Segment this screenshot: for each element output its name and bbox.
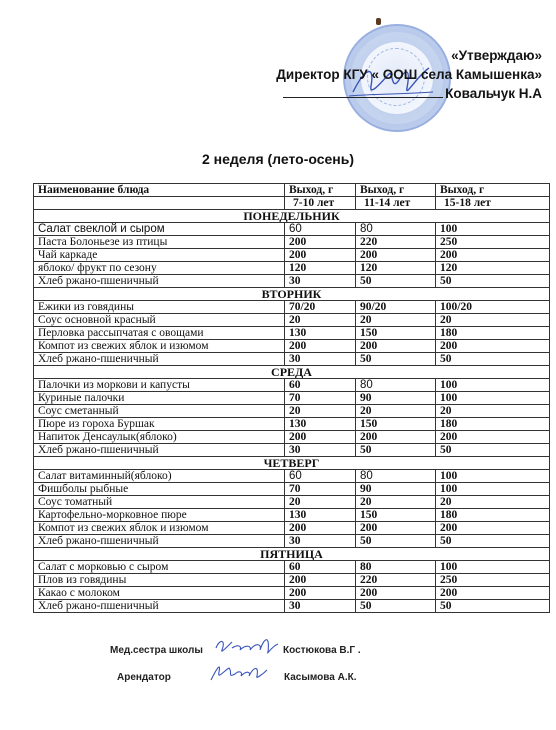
yield-value: 50 — [436, 275, 550, 288]
yield-value: 60 — [285, 379, 356, 392]
yield-value: 130 — [285, 327, 356, 340]
yield-value: 200 — [356, 522, 436, 535]
yield-value: 70 — [285, 483, 356, 496]
day-header-row: ПЯТНИЦА — [34, 548, 550, 561]
yield-value: 130 — [285, 509, 356, 522]
yield-value: 50 — [356, 535, 436, 548]
yield-value: 180 — [436, 327, 550, 340]
yield-value: 100/20 — [436, 301, 550, 314]
yield-value: 150 — [356, 327, 436, 340]
dish-name: Напиток Денсаулык(яблоко) — [34, 431, 285, 444]
yield-value: 100 — [436, 561, 550, 574]
yield-value: 150 — [356, 509, 436, 522]
day-name: ЧЕТВЕРГ — [34, 457, 550, 470]
yield-value: 100 — [436, 379, 550, 392]
yield-value: 200 — [356, 340, 436, 353]
yield-value: 20 — [356, 314, 436, 327]
yield-value: 200 — [356, 431, 436, 444]
table-row: Перловка рассыпчатая с овощами130150180 — [34, 327, 550, 340]
table-row: яблоко/ фрукт по сезону120120120 — [34, 262, 550, 275]
yield-value: 50 — [356, 275, 436, 288]
table-row: Ежики из говядины70/2090/20100/20 — [34, 301, 550, 314]
dish-name: Хлеб ржано-пшеничный — [34, 275, 285, 288]
column-header-yield-1: Выход, г — [285, 184, 356, 197]
nurse-label: Мед.сестра школы — [110, 645, 203, 656]
yield-value: 20 — [436, 405, 550, 418]
yield-value: 120 — [285, 262, 356, 275]
yield-value: 200 — [436, 340, 550, 353]
yield-value: 200 — [285, 587, 356, 600]
dish-name: Чай каркаде — [34, 249, 285, 262]
dish-name: Картофельно-морковное пюре — [34, 509, 285, 522]
yield-value: 200 — [356, 587, 436, 600]
table-row: Палочки из моркови и капусты6080100 — [34, 379, 550, 392]
table-row: Соус томатный202020 — [34, 496, 550, 509]
day-name: СРЕДА — [34, 366, 550, 379]
yield-value: 200 — [285, 236, 356, 249]
dish-name: яблоко/ фрукт по сезону — [34, 262, 285, 275]
yield-value: 90/20 — [356, 301, 436, 314]
dish-name: Какао с молоком — [34, 587, 285, 600]
yield-value: 120 — [356, 262, 436, 275]
yield-value: 130 — [285, 418, 356, 431]
yield-value: 50 — [356, 444, 436, 457]
yield-value: 200 — [436, 522, 550, 535]
table-row: Хлеб ржано-пшеничный305050 — [34, 275, 550, 288]
yield-value: 20 — [356, 496, 436, 509]
dish-name: Паста Болоньезе из птицы — [34, 236, 285, 249]
yield-value: 50 — [436, 353, 550, 366]
yield-value: 100 — [436, 470, 550, 483]
yield-value: 50 — [356, 600, 436, 613]
yield-value: 70 — [285, 392, 356, 405]
yield-value: 60 — [285, 223, 356, 236]
table-row: Напиток Денсаулык(яблоко)200200200 — [34, 431, 550, 444]
yield-value: 120 — [436, 262, 550, 275]
yield-value: 80 — [356, 223, 436, 236]
nurse-name: Костюкова В.Г . — [283, 645, 361, 656]
table-row: Чай каркаде200200200 — [34, 249, 550, 262]
yield-value: 200 — [436, 249, 550, 262]
yield-value: 90 — [356, 483, 436, 496]
table-row: Салат с морковью с сыром6080100 — [34, 561, 550, 574]
dish-name: Салат с морковью с сыром — [34, 561, 285, 574]
approve-label: «Утверждаю» — [276, 46, 542, 65]
dish-name: Перловка рассыпчатая с овощами — [34, 327, 285, 340]
yield-value: 50 — [356, 353, 436, 366]
yield-value: 200 — [436, 431, 550, 444]
yield-value: 20 — [436, 496, 550, 509]
yield-value: 20 — [436, 314, 550, 327]
yield-value: 80 — [356, 561, 436, 574]
yield-value: 200 — [285, 574, 356, 587]
tenant-label: Арендатор — [117, 672, 171, 683]
header-row: Наименование блюда Выход, г Выход, г Вых… — [34, 184, 550, 197]
yield-value: 60 — [285, 561, 356, 574]
day-name: ПОНЕДЕЛЬНИК — [34, 210, 550, 223]
director-position: Директор КГУ « ООШ села Камышенка» — [276, 65, 542, 84]
column-header-yield-2: Выход, г — [356, 184, 436, 197]
nurse-signature — [212, 632, 282, 658]
dish-name: Салат свеклой и сыром — [34, 223, 285, 236]
yield-value: 90 — [356, 392, 436, 405]
yield-value: 30 — [285, 275, 356, 288]
column-header-dish: Наименование блюда — [34, 184, 285, 197]
yield-value: 20 — [285, 314, 356, 327]
dish-name: Плов из говядины — [34, 574, 285, 587]
yield-value: 200 — [285, 431, 356, 444]
yield-value: 20 — [356, 405, 436, 418]
age-group-row: 7-10 лет 11-14 лет 15-18 лет — [34, 197, 550, 210]
table-row: Хлеб ржано-пшеничный305050 — [34, 444, 550, 457]
yield-value: 20 — [285, 496, 356, 509]
yield-value: 200 — [356, 249, 436, 262]
dish-name: Куриные палочки — [34, 392, 285, 405]
day-name: ПЯТНИЦА — [34, 548, 550, 561]
table-row: Пюре из гороха Буршак130150180 — [34, 418, 550, 431]
dish-name: Ежики из говядины — [34, 301, 285, 314]
tenant-name: Касымова А.К. — [284, 672, 357, 683]
approval-block: «Утверждаю» Директор КГУ « ООШ села Камы… — [276, 46, 542, 103]
dish-name: Пюре из гороха Буршак — [34, 418, 285, 431]
yield-value: 30 — [285, 353, 356, 366]
dish-name: Соус томатный — [34, 496, 285, 509]
column-header-yield-3: Выход, г — [436, 184, 550, 197]
dish-name: Палочки из моркови и капусты — [34, 379, 285, 392]
director-name: Ковальчук Н.А — [445, 86, 542, 101]
yield-value: 150 — [356, 418, 436, 431]
yield-value: 80 — [356, 470, 436, 483]
table-row: Паста Болоньезе из птицы200220250 — [34, 236, 550, 249]
yield-value: 250 — [436, 236, 550, 249]
dish-name: Компот из свежих яблок и изюмом — [34, 522, 285, 535]
yield-value: 30 — [285, 444, 356, 457]
dish-name: Хлеб ржано-пшеничный — [34, 353, 285, 366]
yield-value: 200 — [436, 587, 550, 600]
yield-value: 60 — [285, 470, 356, 483]
day-name: ВТОРНИК — [34, 288, 550, 301]
table-row: Какао с молоком200200200 — [34, 587, 550, 600]
tenant-signature — [207, 658, 271, 684]
yield-value: 100 — [436, 392, 550, 405]
dish-name: Хлеб ржано-пшеничный — [34, 444, 285, 457]
yield-value: 220 — [356, 574, 436, 587]
dish-name: Хлеб ржано-пшеничный — [34, 600, 285, 613]
dish-name: Хлеб ржано-пшеничный — [34, 535, 285, 548]
yield-value: 180 — [436, 418, 550, 431]
yield-value: 200 — [285, 340, 356, 353]
table-row: Фишболы рыбные7090100 — [34, 483, 550, 496]
table-row: Соус основной красный202020 — [34, 314, 550, 327]
table-row: Хлеб ржано-пшеничный305050 — [34, 353, 550, 366]
yield-value: 20 — [285, 405, 356, 418]
yield-value: 50 — [436, 600, 550, 613]
yield-value: 250 — [436, 574, 550, 587]
day-header-row: ВТОРНИК — [34, 288, 550, 301]
table-row: Хлеб ржано-пшеничный305050 — [34, 535, 550, 548]
age-group-3: 15-18 лет — [436, 197, 550, 210]
yield-value: 70/20 — [285, 301, 356, 314]
yield-value: 180 — [436, 509, 550, 522]
day-header-row: СРЕДА — [34, 366, 550, 379]
table-row: Плов из говядины200220250 — [34, 574, 550, 587]
yield-value: 30 — [285, 600, 356, 613]
yield-value: 50 — [436, 444, 550, 457]
table-row: Хлеб ржано-пшеничный305050 — [34, 600, 550, 613]
table-row: Салат витаминный(яблоко)6080100 — [34, 470, 550, 483]
day-header-row: ЧЕТВЕРГ — [34, 457, 550, 470]
table-row: Куриные палочки7090100 — [34, 392, 550, 405]
dish-name: Фишболы рыбные — [34, 483, 285, 496]
dish-name: Компот из свежих яблок и изюмом — [34, 340, 285, 353]
yield-value: 80 — [356, 379, 436, 392]
table-row: Соус сметанный202020 — [34, 405, 550, 418]
yield-value: 220 — [356, 236, 436, 249]
day-header-row: ПОНЕДЕЛЬНИК — [34, 210, 550, 223]
yield-value: 50 — [436, 535, 550, 548]
staple-mark — [376, 18, 381, 25]
table-row: Компот из свежих яблок и изюмом200200200 — [34, 522, 550, 535]
dish-name: Соус сметанный — [34, 405, 285, 418]
dish-name: Соус основной красный — [34, 314, 285, 327]
menu-table: Наименование блюда Выход, г Выход, г Вых… — [33, 183, 550, 613]
yield-value: 100 — [436, 483, 550, 496]
table-row: Салат свеклой и сыром6080100 — [34, 223, 550, 236]
yield-value: 100 — [436, 223, 550, 236]
yield-value: 30 — [285, 535, 356, 548]
table-row: Картофельно-морковное пюре130150180 — [34, 509, 550, 522]
signature-line — [283, 97, 443, 98]
dish-name: Салат витаминный(яблоко) — [34, 470, 285, 483]
age-group-2: 11-14 лет — [356, 197, 436, 210]
yield-value: 200 — [285, 522, 356, 535]
yield-value: 200 — [285, 249, 356, 262]
document-title: 2 неделя (лето-осень) — [0, 151, 556, 167]
age-group-empty — [34, 197, 285, 210]
age-group-1: 7-10 лет — [285, 197, 356, 210]
table-row: Компот из свежих яблок и изюмом200200200 — [34, 340, 550, 353]
